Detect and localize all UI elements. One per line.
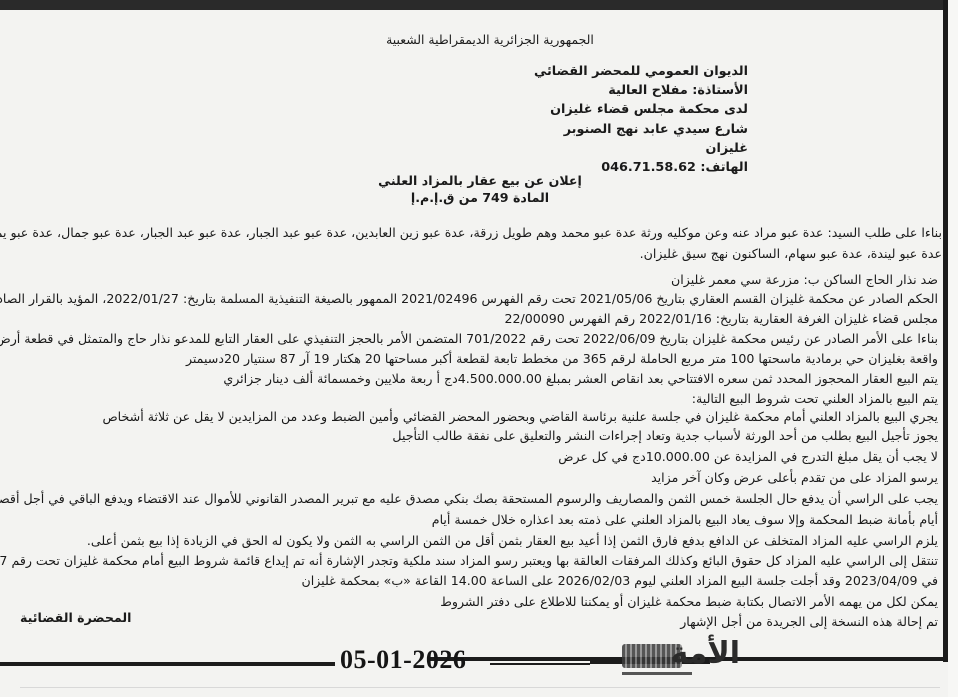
body-line-15: أيام بأمانة ضبط المحكمة وإلا سوف يعاد ال… xyxy=(432,512,938,528)
bailiff-name: الأستاذة: مفلاح العالية xyxy=(534,81,748,100)
body-line-7: واقعة بغليزان حي برمادية ماسحتها 100 متر… xyxy=(186,351,938,367)
body-line-18: في 2023/04/09 وقد أجلت جلسة البيع المزاد… xyxy=(301,573,938,589)
top-border xyxy=(0,0,958,10)
republic-header: الجمهورية الجزائرية الديمقراطية الشعبية xyxy=(340,32,640,47)
body-line-16: يلزم الراسي عليه المزاد المتخلف عن الداف… xyxy=(87,533,938,549)
body-line-17: تنتقل إلى الراسي عليه المزاد كل حقوق الب… xyxy=(0,553,938,569)
body-line-6: بناءا على الأمر الصادر عن رئيس محكمة غلي… xyxy=(0,331,938,347)
body-line-19: يمكن لكل من يهمه الأمر الاتصال بكتابة ضب… xyxy=(440,594,938,610)
bailiff-office-block: الديوان العمومي للمحضر القضائي الأستاذة:… xyxy=(534,62,748,177)
body-line-10: يجري البيع بالمزاد العلني أمام محكمة غلي… xyxy=(102,409,938,425)
publication-date: 05-01-2026 xyxy=(340,645,466,675)
footer-rule-left xyxy=(0,662,335,666)
notice-title: إعلان عن بيع عقار بالمزاد العلني المادة … xyxy=(300,172,660,206)
body-line-3: ضد نذار الحاج الساكن ب: مزرعة سي معمر غل… xyxy=(671,272,938,288)
court-name: لدى محكمة مجلس قضاء غليزان xyxy=(534,100,748,119)
body-line-5: مجلس قضاء غليزان الغرفة العقارية بتاريخ:… xyxy=(504,311,938,327)
page-edge xyxy=(20,687,940,688)
body-line-14: يجب على الراسي أن يدفع حال الجلسة خمس ال… xyxy=(0,491,938,507)
body-line-1: بناءا على طلب السيد: عدة عبو مراد عنه وع… xyxy=(0,225,942,241)
phone-label: الهاتف: xyxy=(700,160,748,175)
logo-tagline xyxy=(622,672,692,675)
body-line-20: تم إحالة هذه النسخة إلى الجريدة من أجل ا… xyxy=(680,614,938,630)
body-line-8: يتم البيع العقار المحجوز المحدد ثمن سعره… xyxy=(223,371,938,387)
notice-article: المادة 749 من ق.إ.م.إ xyxy=(300,189,660,206)
body-line-13: يرسو المزاد على من تقدم بأعلى عرض وكان آ… xyxy=(651,470,938,486)
signature-label: المحضرة القضائية xyxy=(20,610,131,625)
office-street: شارع سيدي عابد نهج الصنوبر xyxy=(534,120,748,139)
office-city: غليزان xyxy=(534,139,748,158)
newspaper-logo: الأمة xyxy=(622,636,740,676)
page-margin xyxy=(948,0,958,697)
logo-text: الأمة xyxy=(671,636,740,672)
office-name: الديوان العمومي للمحضر القضائي xyxy=(534,62,748,81)
body-line-2: عدة عبو ليندة، عدة عبو سهام، الساكنون نه… xyxy=(640,246,942,262)
footer-rule-mid xyxy=(490,663,590,665)
body-line-12: لا يجب أن يقل مبلغ التدرج في المزايدة عن… xyxy=(558,449,938,465)
body-line-9: يتم البيع بالمزاد العلني تحت شروط البيع … xyxy=(692,391,938,407)
notice-main-title: إعلان عن بيع عقار بالمزاد العلني xyxy=(300,172,660,189)
body-line-11: يجوز تأجيل البيع بطلب من أحد الورثة لأسب… xyxy=(392,428,938,444)
body-line-4: الحكم الصادر عن محكمة غليزان القسم العقا… xyxy=(0,291,938,307)
